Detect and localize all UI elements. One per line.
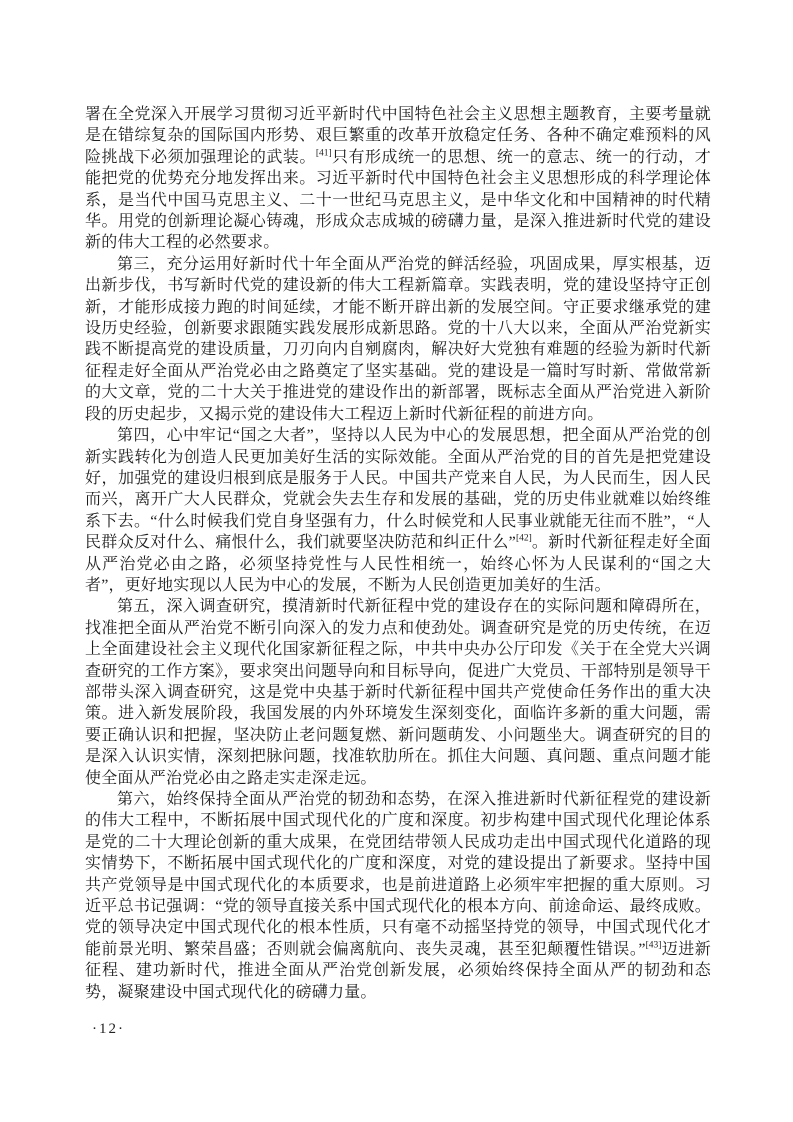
citation-marker: [43] (646, 941, 662, 951)
body-paragraph: 第四，心中牢记“国之大者”，坚持以人民为中心的发展思想，把全面从严治党的创新实践… (85, 425, 711, 596)
page-text-block: 署在全党深入开展学习贯彻习近平新时代中国特色社会主义思想主题教育，主要考量就是在… (85, 104, 711, 1003)
body-paragraph: 署在全党深入开展学习贯彻习近平新时代中国特色社会主义思想主题教育，主要考量就是在… (85, 104, 711, 254)
body-paragraph: 第三，充分运用好新时代十年全面从严治党的鲜活经验，巩固成果，厚实根基，迈出新步伐… (85, 254, 711, 425)
body-paragraph: 第六，始终保持全面从严治党的韧劲和态势，在深入推进新时代新征程党的建设新的伟大工… (85, 789, 711, 1003)
citation-marker: [42] (516, 534, 532, 544)
page-number: ·12· (92, 1021, 125, 1038)
document-page: 署在全党深入开展学习贯彻习近平新时代中国特色社会主义思想主题教育，主要考量就是在… (0, 0, 793, 1122)
citation-marker: [41] (316, 148, 332, 158)
body-paragraph: 第五，深入调查研究，摸清新时代新征程中党的建设存在的实际问题和障碍所在，找准把全… (85, 596, 711, 789)
